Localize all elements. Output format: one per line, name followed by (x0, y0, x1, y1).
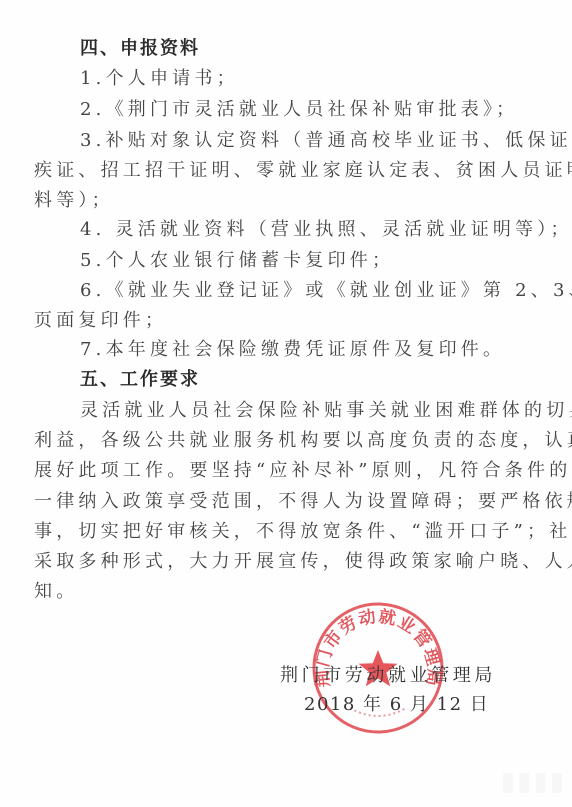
list-item-2: 2.《荆门市灵活就业人员社保补贴审批表》； (80, 95, 506, 125)
paragraph-line-4: 一律纳入政策享受范围，不得人为设置障碍；要严格依规办 (34, 487, 506, 517)
list-item-6: 6.《就业失业登记证》或《就业创业证》第 2、3、5、7 (80, 276, 506, 306)
section-heading-5: 五、工作要求 (80, 365, 506, 395)
document-page: 四、申报资料 1.个人申请书； 2.《荆门市灵活就业人员社保补贴审批表》； 3.… (0, 0, 572, 807)
paragraph-line-6: 采取多种形式，大力开展宣传，使得政策家喻户晓、人人皆 (34, 547, 506, 577)
list-item-7: 7.本年度社会保险缴费凭证原件及复印件。 (80, 335, 506, 365)
list-item-5: 5.个人农业银行储蓄卡复印件； (80, 246, 506, 276)
signature-organization: 荆门市劳动就业管理局 (280, 661, 496, 691)
list-item-6-cont: 页面复印件； (34, 306, 506, 336)
paragraph-line-1: 灵活就业人员社会保险补贴事关就业困难群体的切身 (80, 396, 506, 426)
paragraph-line-2: 利益，各级公共就业服务机构要以高度负责的态度，认真开 (34, 426, 506, 456)
paragraph-line-3: 展好此项工作。要坚持“应补尽补”原则，凡符合条件的人员， (34, 456, 506, 486)
list-item-3-cont-1: 疾证、招工招干证明、零就业家庭认定表、贫困人员证明材 (34, 156, 506, 186)
watermark: ▮▮▮▮ (501, 767, 566, 797)
section-heading-4: 四、申报资料 (80, 34, 506, 64)
list-item-1: 1.个人申请书； (80, 64, 506, 94)
list-item-3: 3.补贴对象认定资料（普通高校毕业证书、低保证、残 (80, 126, 506, 156)
list-item-3-cont-2: 料等）； (34, 186, 506, 216)
signature-date: 2018 年 6 月 12 日 (304, 690, 489, 720)
list-item-4: 4. 灵活就业资料（营业执照、灵活就业证明等）； (80, 215, 506, 245)
paragraph-line-5: 事，切实把好审核关，不得放宽条件、“滥开口子”；社区要 (34, 517, 506, 547)
